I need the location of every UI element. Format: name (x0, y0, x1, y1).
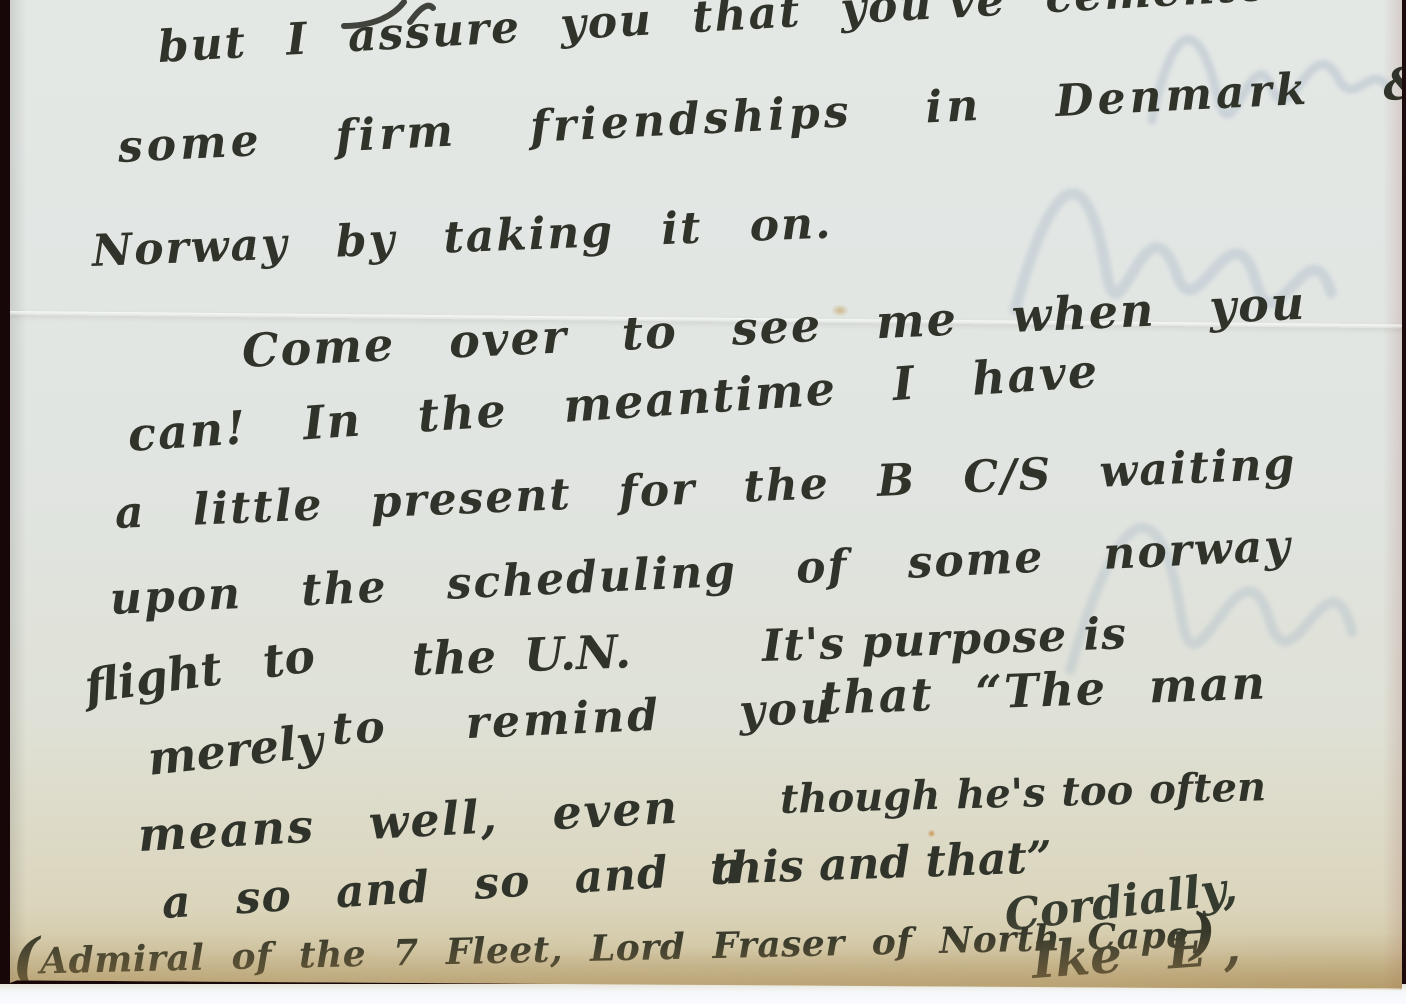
handwriting-line-1: but I assure you that you've cemented (157, 0, 1303, 70)
aged-paper-edge (10, 908, 1402, 988)
handwriting-line-8-seg-1: flight to (82, 632, 318, 710)
letter-paper: but I assure you that you've cemented so… (10, 0, 1402, 1004)
handwriting-line-10-seg-2: though he's too often (779, 767, 1266, 820)
handwriting-line-9-seg-2: to remind you (331, 686, 836, 752)
handwriting-line-9-seg-1: merely (146, 718, 326, 782)
handwriting-line-3: Norway by taking it on. (91, 202, 833, 274)
handwriting-line-11-seg-2: this and that” (709, 836, 1052, 892)
handwriting-line-8-seg-3: It's purpose is (761, 612, 1127, 669)
handwriting-line-8-seg-2: the U.N. (411, 628, 631, 682)
handwriting-line-4: Come over to see me when you (241, 280, 1307, 374)
letter-photo: but I assure you that you've cemented so… (0, 0, 1406, 1004)
handwriting-line-10-seg-1: means well, even (137, 784, 680, 858)
